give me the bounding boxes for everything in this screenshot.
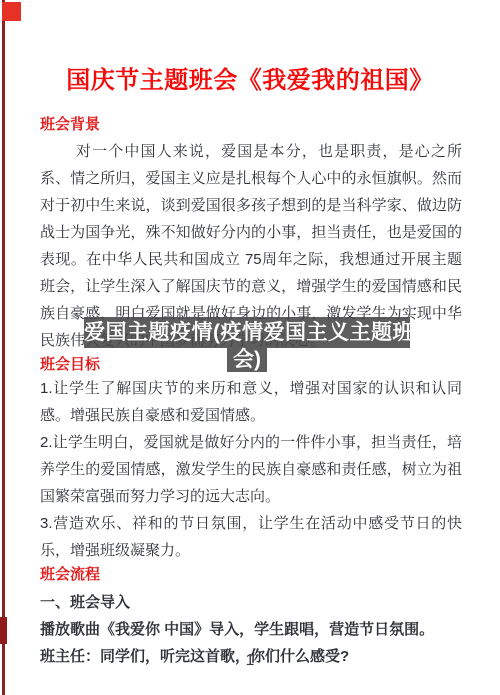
process-line-1: 播放歌曲《我爱你 中国》导入，学生跟唱，营造节日氛围。 (40, 616, 462, 643)
overlay-banner-line2: 会) (227, 348, 267, 372)
section-heading-background: 班会背景 (40, 114, 460, 135)
page-number: 1 (0, 652, 500, 670)
left-edge-bar (2, 0, 5, 695)
document-page: 国庆节主题班会《我爱我的祖国》 班会背景 对一个中国人来说，爱国是本分，也是职责… (0, 0, 500, 695)
process-step-title: 一、班会导入 (40, 589, 460, 616)
left-edge-marker (0, 617, 7, 644)
goal-item-3: 3.营造欢乐、祥和的节日氛围，让学生在活动中感受节日的快乐，增强班级凝聚力。 (40, 510, 462, 564)
top-left-corner-marker (2, 2, 21, 21)
overlay-banner: 爱国主题疫情(疫情爱国主义主题班 会) (84, 317, 410, 372)
section-heading-process: 班会流程 (40, 564, 460, 585)
goal-item-2: 2.让学生明白，爱国就是做好分内的一件件小事，担当责任，培养学生的爱国情感，激发… (40, 429, 462, 510)
overlay-banner-line1: 爱国主题疫情(疫情爱国主义主题班 (84, 317, 410, 348)
page-title: 国庆节主题班会《我爱我的祖国》 (0, 0, 500, 98)
goal-item-1: 1.让学生了解国庆节的来历和意义，增强对国家的认识和认同感。增强民族自豪感和爱国… (40, 375, 462, 429)
